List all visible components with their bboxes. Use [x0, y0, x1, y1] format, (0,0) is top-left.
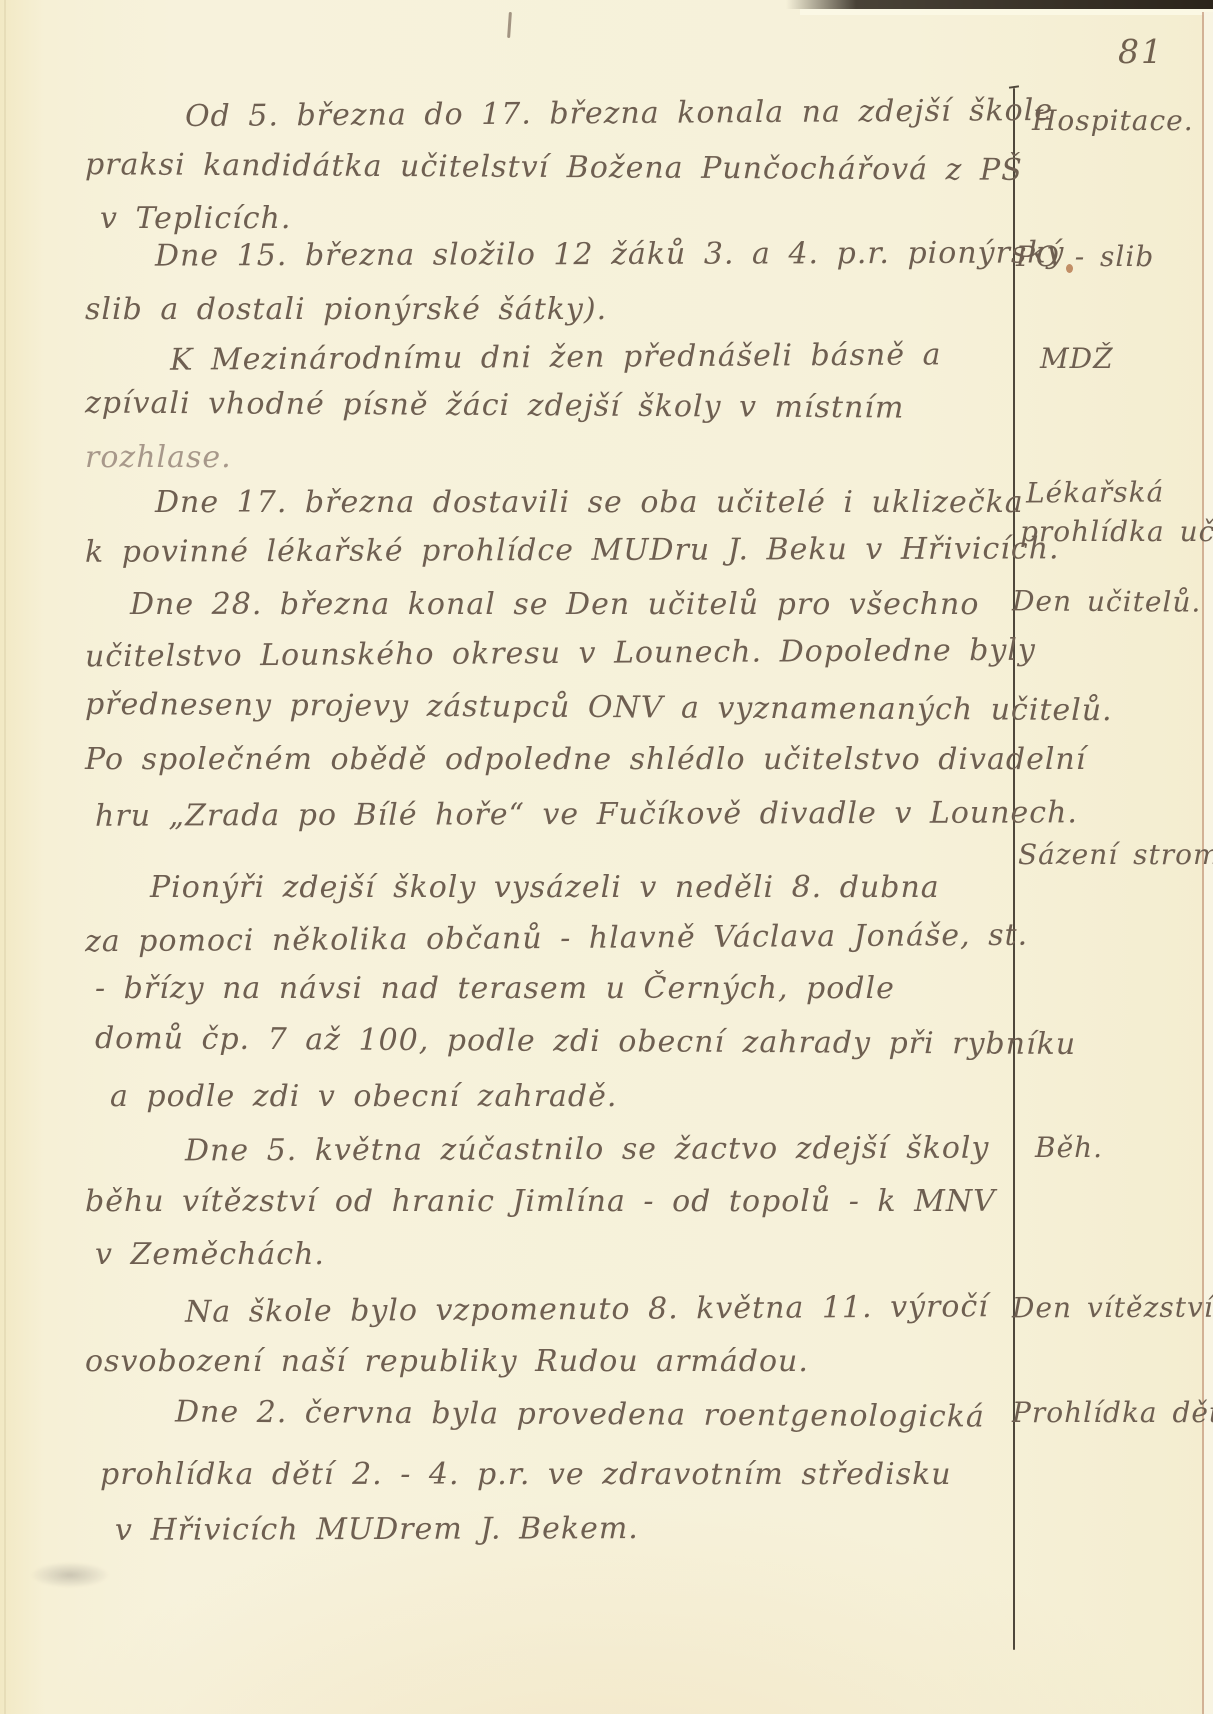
- margin-note: Den vítězství.: [1012, 1291, 1213, 1325]
- paper-crease: [4, 0, 6, 1714]
- text-line: hru „Zrada po Bílé hoře“ ve Fučíkově div…: [95, 795, 1078, 833]
- text-line: Od 5. března do 17. března konala na zde…: [185, 93, 1053, 134]
- text-line: Na škole bylo vzpomenuto 8. května 11. v…: [185, 1289, 989, 1330]
- text-line: v Hřivicích MUDrem J. Bekem.: [115, 1511, 639, 1548]
- margin-note: Sázení stromků.: [1018, 838, 1213, 871]
- text-line: Po společném obědě odpoledne shlédlo uči…: [85, 742, 1086, 777]
- text-line: praksi kandidátka učitelství Božena Punč…: [85, 147, 1023, 188]
- text-line: předneseny projevy zástupců ONV a vyznam…: [85, 687, 1113, 728]
- stray-pen-mark: [507, 12, 512, 38]
- scan-top-edge-shadow: [786, 0, 1213, 9]
- text-line: učitelstvo Lounského okresu v Lounech. D…: [85, 633, 1036, 675]
- text-line: Pionýři zdejší školy vysázeli v neděli 8…: [150, 870, 940, 905]
- margin-note: Lékařská: [1026, 476, 1164, 510]
- text-line: K Mezinárodnímu dni žen přednášeli básně…: [170, 337, 942, 377]
- page-top-edge-highlight: [800, 9, 1213, 15]
- text-line: Dne 17. března dostavili se oba učitelé …: [155, 485, 1024, 520]
- text-line: a podle zdi v obecní zahradě.: [110, 1079, 617, 1114]
- margin-note: Prohlídka dětí.: [1012, 1396, 1213, 1429]
- text-line: Dne 5. května zúčastnilo se žactvo zdejš…: [185, 1131, 990, 1169]
- margin-note: prohlídka učitelů: [1020, 515, 1213, 548]
- margin-note: MDŽ: [1040, 342, 1114, 375]
- text-line: - břízy na návsi nad terasem u Černých, …: [95, 971, 895, 1006]
- text-line: k povinné lékařské prohlídce MUDru J. Be…: [85, 531, 1060, 569]
- faint-smudge: [30, 1562, 110, 1588]
- margin-note: Hospitace.: [1032, 104, 1194, 137]
- text-line: běhu vítězství od hranic Jimlína - od to…: [85, 1184, 996, 1219]
- text-line: Dne 15. března složilo 12 žáků 3. a 4. p…: [155, 235, 1065, 273]
- text-line: osvobození naší republiky Rudou armádou.: [85, 1344, 809, 1379]
- margin-note: Den učitelů.: [1012, 584, 1202, 618]
- text-line: prohlídka dětí 2. - 4. p.r. ve zdravotní…: [100, 1457, 952, 1492]
- text-line: zpívali vhodné písně žáci zdejší školy v…: [85, 385, 905, 425]
- text-line: domů čp. 7 až 100, podle zdi obecní zahr…: [95, 1021, 1076, 1062]
- text-line: Dne 2. června byla provedena roentgenolo…: [175, 1395, 985, 1435]
- text-line: rozhlase.: [85, 440, 232, 475]
- chronicle-page-scan: 81 Od 5. března do 17. března konala na …: [0, 0, 1213, 1714]
- text-line: v Teplicích.: [100, 201, 291, 236]
- page-number: 81: [1118, 32, 1164, 71]
- margin-note: PO - slib: [1016, 240, 1154, 273]
- text-line: v Zeměchách.: [95, 1237, 325, 1272]
- text-line: za pomoci několika občanů - hlavně Václa…: [85, 918, 1028, 960]
- margin-note: Běh.: [1035, 1131, 1103, 1164]
- text-line: Dne 28. března konal se Den učitelů pro …: [130, 587, 979, 622]
- text-line: slib a dostali pionýrské šátky).: [85, 292, 607, 327]
